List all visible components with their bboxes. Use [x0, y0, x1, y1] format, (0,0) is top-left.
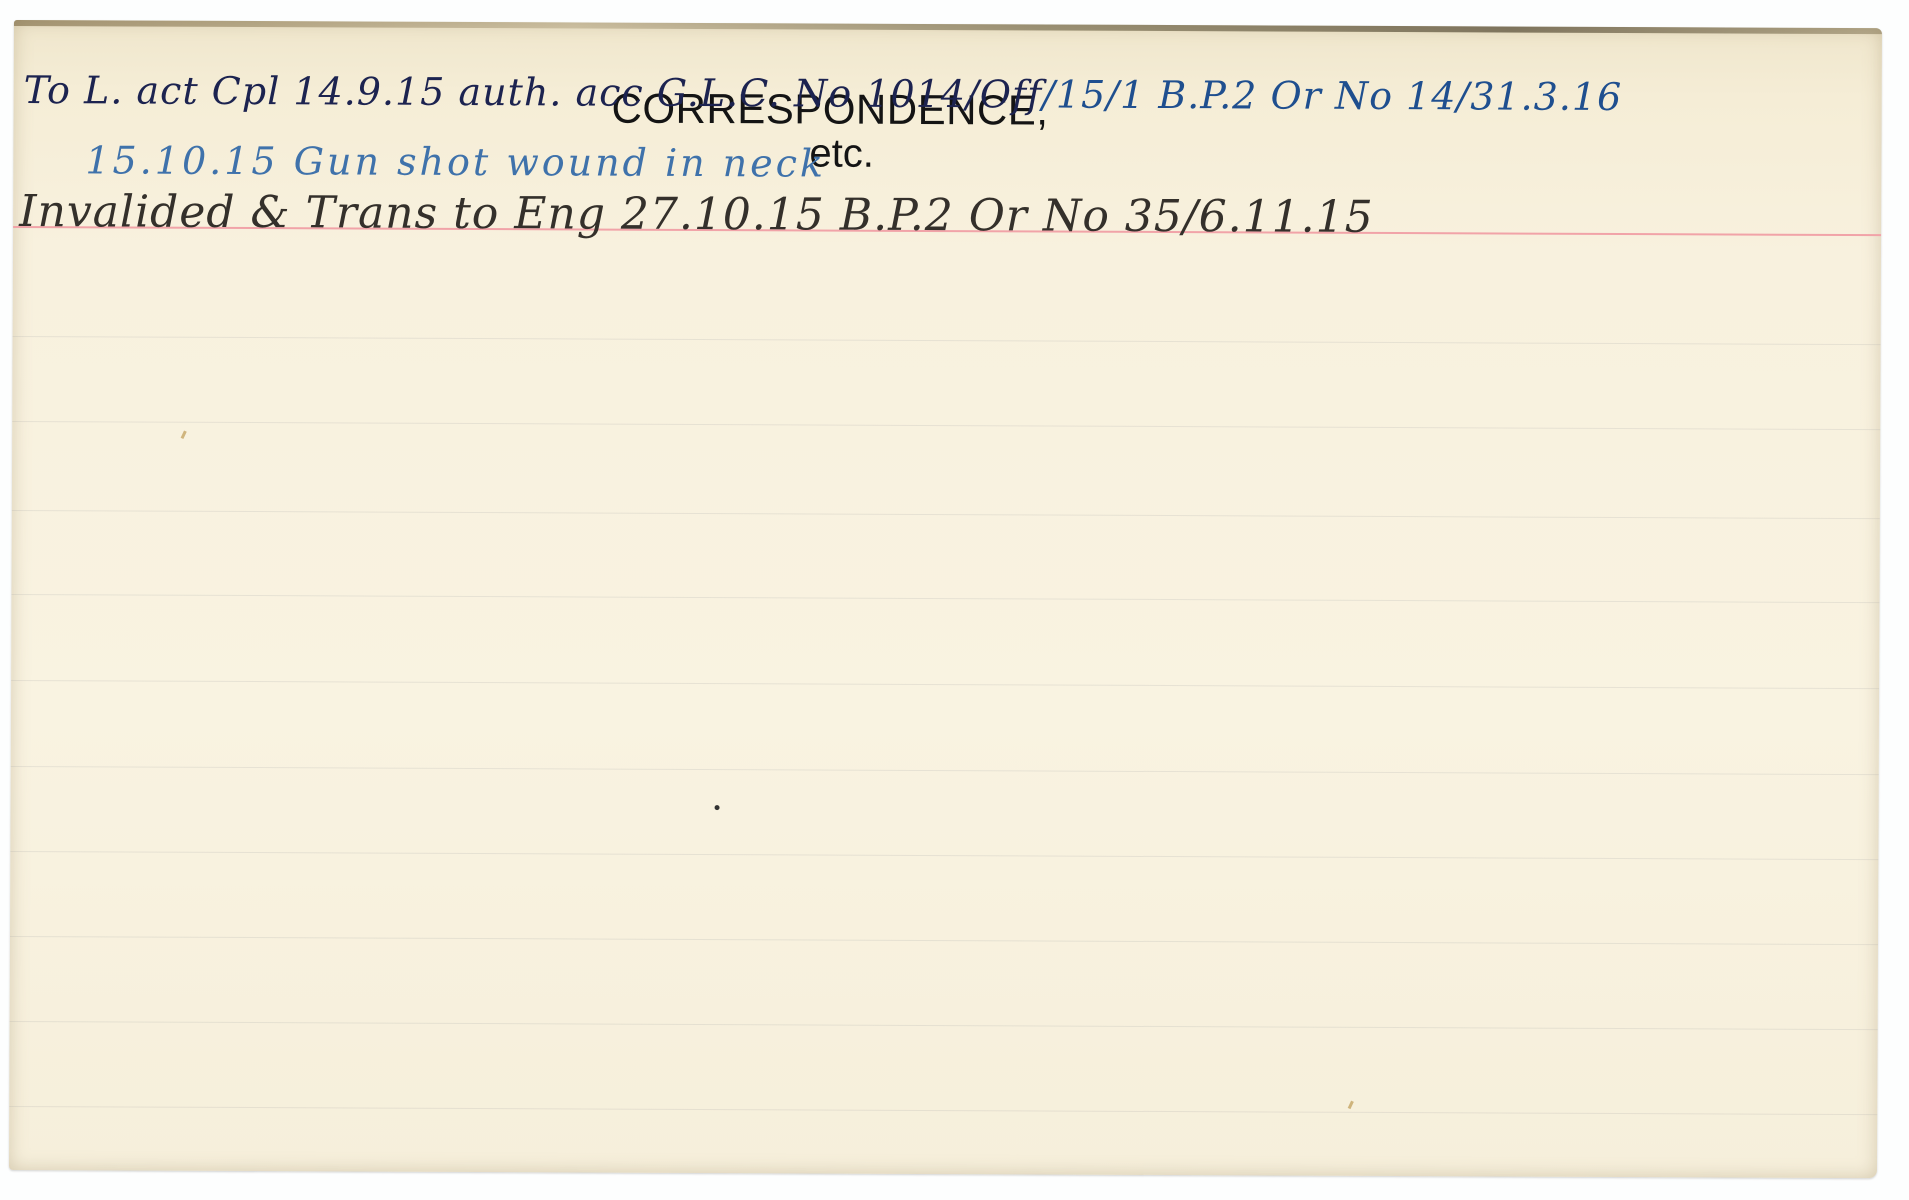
- handwritten-entry-3: Invalided & Trans to Eng 27.10.15 B.P.2 …: [19, 186, 1374, 243]
- ruled-line: [13, 336, 1881, 345]
- ruled-line: [12, 421, 1880, 430]
- handwritten-entry-1-main: To L. act Cpl 14.9.15 auth. acc G.L.C. N…: [24, 68, 1043, 116]
- handwritten-entry-1: To L. act Cpl 14.9.15 auth. acc G.L.C. N…: [24, 68, 1623, 119]
- handwritten-entry-2: 15.10.15 Gun shot wound in neck: [85, 138, 826, 185]
- index-card: CORRESPONDENCE, etc. To L. act Cpl 14.9.…: [9, 20, 1882, 1178]
- ruled-line: [10, 1021, 1878, 1030]
- ruled-line: [12, 510, 1880, 519]
- ink-dot: [715, 805, 720, 810]
- ruled-line: [11, 680, 1879, 689]
- handwritten-entry-1-tail: /15/1 B.P.2 Or No 14/31.3.16: [1042, 72, 1622, 119]
- ruled-line: [10, 936, 1878, 945]
- ruled-line: [11, 594, 1879, 603]
- paper-speck: [181, 430, 187, 439]
- ruled-line: [9, 1106, 1877, 1115]
- paper-speck: [1348, 1101, 1354, 1110]
- ruled-line: [11, 766, 1879, 775]
- ruled-line: [10, 851, 1878, 860]
